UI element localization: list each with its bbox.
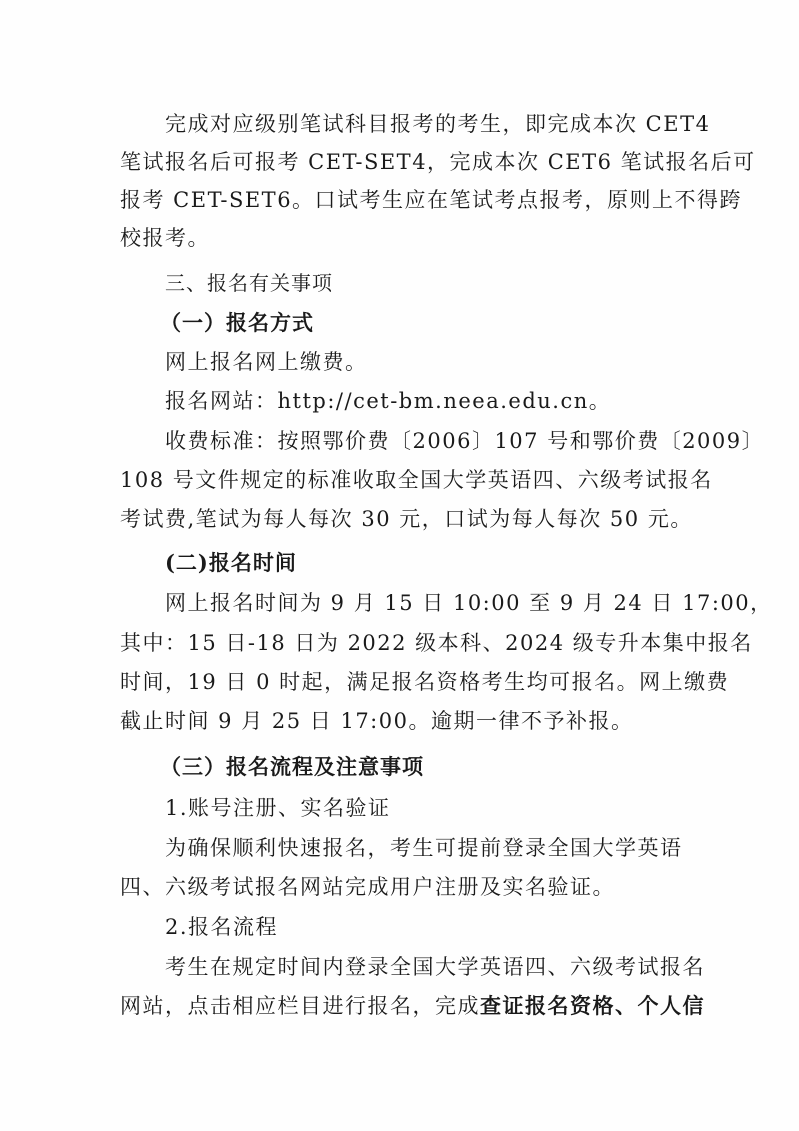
paragraph-line: 为确保顺利快速报名，考生可提前登录全国大学英语 <box>165 833 680 863</box>
paragraph-line: 报考 CET-SET6。口试考生应在笔试考点报考，原则上不得跨 <box>120 185 680 215</box>
subsection-heading: （一）报名方式 <box>160 308 675 338</box>
paragraph-line: 考试费,笔试为每人每次 30 元，口试为每人每次 50 元。 <box>120 504 680 534</box>
list-item-title: 2.报名流程 <box>165 912 680 942</box>
paragraph-line: 网站，点击相应栏目进行报名，完成查证报名资格、个人信 <box>120 991 680 1021</box>
paragraph-line: 校报考。 <box>120 223 680 253</box>
section-heading: 三、报名有关事项 <box>165 268 680 298</box>
website-line: 报名网站：http://cet-bm.neea.edu.cn。 <box>165 386 680 416</box>
paragraph-line: 网上报名网上缴费。 <box>165 347 680 377</box>
subsection-heading: (二)报名时间 <box>165 548 680 578</box>
paragraph-line: 网上报名时间为 9 月 15 日 10:00 至 9 月 24 日 17:00， <box>165 588 680 618</box>
paragraph-line: 108 号文件规定的标准收取全国大学英语四、六级考试报名 <box>120 465 680 495</box>
paragraph-line: 考生在规定时间内登录全国大学英语四、六级考试报名 <box>165 952 680 982</box>
paragraph-line: 时间，19 日 0 时起，满足报名资格考生均可报名。网上缴费 <box>120 667 680 697</box>
paragraph-line: 截止时间 9 月 25 日 17:00。逾期一律不予补报。 <box>120 706 680 736</box>
paragraph-line: 收费标准：按照鄂价费〔2006〕107 号和鄂价费〔2009〕 <box>165 426 680 456</box>
paragraph-line: 其中：15 日-18 日为 2022 级本科、2024 级专升本集中报名 <box>120 628 680 658</box>
bold-text: 查证报名资格、个人信 <box>480 994 705 1018</box>
document-page: 完成对应级别笔试科目报考的考生，即完成本次 CET4 笔试报名后可报考 CET-… <box>0 0 799 1131</box>
list-item-title: 1.账号注册、实名验证 <box>165 793 680 823</box>
subsection-heading: （三）报名流程及注意事项 <box>160 752 675 782</box>
paragraph-line: 完成对应级别笔试科目报考的考生，即完成本次 CET4 <box>165 109 680 139</box>
paragraph-line: 笔试报名后可报考 CET-SET4，完成本次 CET6 笔试报名后可 <box>120 147 680 177</box>
normal-text: 网站，点击相应栏目进行报名，完成 <box>120 994 480 1018</box>
paragraph-line: 四、六级考试报名网站完成用户注册及实名验证。 <box>120 872 680 902</box>
